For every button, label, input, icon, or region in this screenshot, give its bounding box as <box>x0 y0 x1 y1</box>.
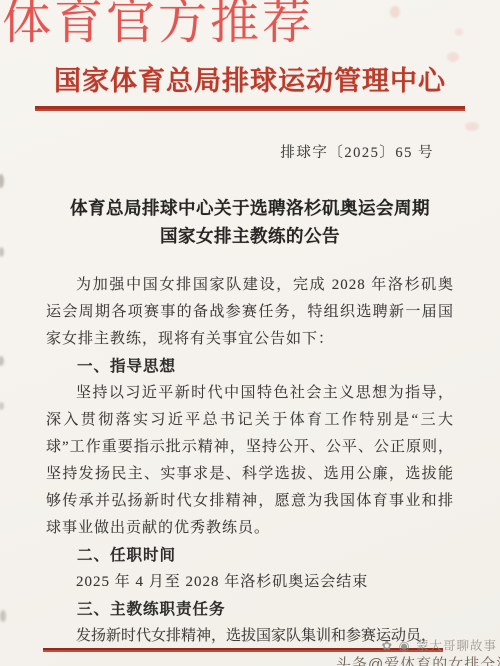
document-number: 排球字〔2025〕65 号 <box>0 141 500 162</box>
channel-logo-icon: ✿ <box>382 639 393 653</box>
scan-artifact <box>465 122 479 131</box>
scan-artifact <box>0 610 6 622</box>
intro-paragraph: 为加强中国女排国家队建设，完成 2028 年洛杉矶奥运会周期各项赛事的备战参赛任… <box>46 272 454 353</box>
section-2-heading: 二、任职时间 <box>46 542 454 569</box>
handle-watermark: 头条@爱体育的女排全活 <box>336 653 500 666</box>
section-1-heading: 一、指导思想 <box>46 353 454 380</box>
letterhead-agency: 国家体育总局排球运动管理中心 <box>0 64 500 98</box>
channel-name: 蒙大哥聊故事 <box>416 639 497 653</box>
document-page: 体育官方推荐 国家体育总局排球运动管理中心 排球字〔2025〕65 号 体育总局… <box>0 0 500 666</box>
letterhead-divider <box>35 106 465 111</box>
title-line-1: 体育总局排球中心关于选聘洛杉矶奥运会周期 <box>0 194 500 222</box>
channel-watermark: ✿ ◉ 蒙大哥聊故事 <box>382 636 497 654</box>
document-title: 体育总局排球中心关于选聘洛杉矶奥运会周期 国家女排主教练的公告 <box>0 194 500 250</box>
document-body: 为加强中国女排国家队建设，完成 2028 年洛杉矶奥运会周期各项赛事的备战参赛任… <box>0 272 500 650</box>
title-line-2: 国家女排主教练的公告 <box>0 222 500 250</box>
scan-artifact <box>0 247 4 257</box>
channel-badge-icon: ◉ <box>399 639 411 653</box>
scan-artifact <box>447 52 459 62</box>
section-1-text: 坚持以习近平新时代中国特色社会主义思想为指导，深入贯彻落实习近平总书记关于体育工… <box>46 380 454 542</box>
section-3-heading: 三、主教练职责任务 <box>46 596 454 623</box>
section-2-text: 2025 年 4 月至 2028 年洛杉矶奥运会结束 <box>46 569 454 596</box>
scan-artifact <box>390 6 400 18</box>
scan-artifact <box>0 174 4 188</box>
promo-watermark: 体育官方推荐 <box>2 0 314 50</box>
scan-artifact <box>455 28 463 36</box>
